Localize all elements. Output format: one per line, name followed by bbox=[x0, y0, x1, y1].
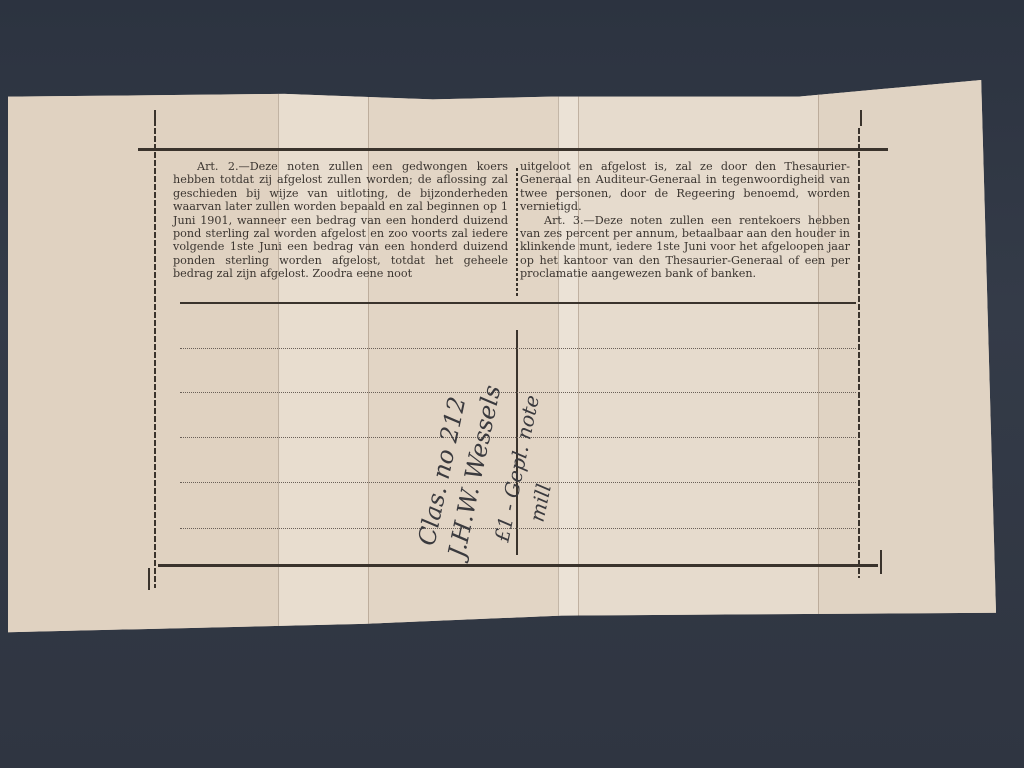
text-section-divider bbox=[180, 302, 856, 304]
frame-top-rule bbox=[138, 148, 888, 151]
corner-mark bbox=[154, 110, 156, 126]
article-3-paragraph: Art. 3.—Deze noten zullen een rentekoers… bbox=[520, 214, 850, 281]
article-2-text: Art. 2.—Deze noten zullen een gedwongen … bbox=[173, 160, 508, 281]
article-2-paragraph: Art. 2.—Deze noten zullen een gedwongen … bbox=[173, 160, 508, 281]
document-paper: Art. 2.—Deze noten zullen een gedwongen … bbox=[8, 80, 996, 635]
endorsement-line bbox=[180, 392, 856, 393]
frame-left-rule bbox=[154, 128, 156, 588]
article-3-text: uitgeloot en afgelost is, zal ze door de… bbox=[520, 160, 850, 281]
column-divider bbox=[516, 168, 518, 296]
endorsement-line bbox=[180, 528, 856, 529]
frame-right-rule bbox=[858, 128, 860, 578]
corner-mark bbox=[880, 550, 882, 574]
frame-bottom-rule bbox=[158, 564, 878, 567]
article-2-continuation: uitgeloot en afgelost is, zal ze door de… bbox=[520, 160, 850, 214]
corner-mark bbox=[148, 568, 150, 590]
endorsement-line bbox=[180, 348, 856, 349]
corner-mark bbox=[860, 110, 862, 126]
